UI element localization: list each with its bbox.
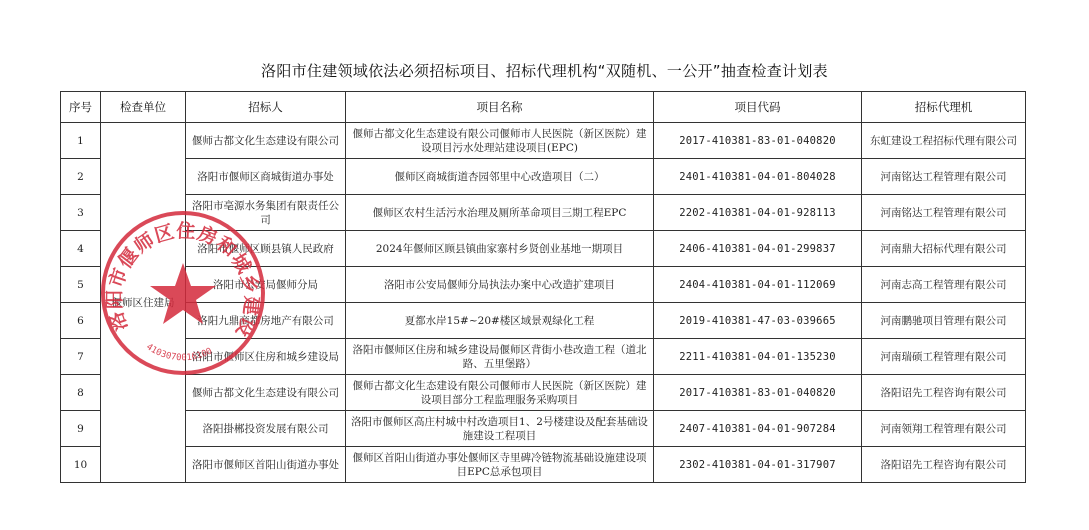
row-tenderer: 洛阳市偃师区商城街道办事处 xyxy=(186,159,346,195)
table-row: 9 洛阳掛郴投资发展有限公司 洛阳市偃师区高庄村城中村改造项目1、2号楼建设及配… xyxy=(61,411,1026,447)
row-no: 10 xyxy=(61,447,101,483)
row-agency: 洛阳诏先工程咨询有限公司 xyxy=(862,447,1026,483)
table-row: 6 洛阳九鼎商都房地产有限公司 夏都水岸15#~20#楼区域景观绿化工程 201… xyxy=(61,303,1026,339)
row-no: 8 xyxy=(61,375,101,411)
row-tenderer: 偃师古都文化生态建设有限公司 xyxy=(186,123,346,159)
row-project: 偃师区农村生活污水治理及厕所革命项目三期工程EPC xyxy=(346,195,654,231)
table-row: 1 偃师区住建局 偃师古都文化生态建设有限公司 偃师古都文化生态建设有限公司偃师… xyxy=(61,123,1026,159)
header-project-code: 项目代码 xyxy=(654,92,862,123)
row-project: 洛阳市偃师区住房和城乡建设局偃师区背街小巷改造工程（道北路、五里堡路） xyxy=(346,339,654,375)
row-agency: 河南领翔工程管理有限公司 xyxy=(862,411,1026,447)
row-code: 2404-410381-04-01-112069 xyxy=(654,267,862,303)
row-tenderer: 洛阳市亳源水务集团有限责任公司 xyxy=(186,195,346,231)
row-code: 2406-410381-04-01-299837 xyxy=(654,231,862,267)
row-no: 2 xyxy=(61,159,101,195)
table-row: 10 洛阳市偃师区首阳山街道办事处 偃师区首阳山街道办事处偃师区寺里碑冷链物流基… xyxy=(61,447,1026,483)
row-tenderer: 洛阳市偃师区首阳山街道办事处 xyxy=(186,447,346,483)
row-agency: 洛阳诏先工程咨询有限公司 xyxy=(862,375,1026,411)
table-header-row: 序号 检查单位 招标人 项目名称 项目代码 招标代理机 xyxy=(61,92,1026,123)
document-title: 洛阳市住建领域依法必须招标项目、招标代理机构“双随机、一公开”抽查检查计划表 xyxy=(0,60,1089,81)
row-agency: 河南志高工程管理有限公司 xyxy=(862,267,1026,303)
row-agency: 河南铭达工程管理有限公司 xyxy=(862,195,1026,231)
table-row: 8 偃师古都文化生态建设有限公司 偃师古都文化生态建设有限公司偃师市人民医院（新… xyxy=(61,375,1026,411)
row-no: 9 xyxy=(61,411,101,447)
row-no: 7 xyxy=(61,339,101,375)
row-no: 1 xyxy=(61,123,101,159)
row-tenderer: 洛阳市偃师区顾县镇人民政府 xyxy=(186,231,346,267)
row-agency: 东虹建设工程招标代理有限公司 xyxy=(862,123,1026,159)
row-code: 2202-410381-04-01-928113 xyxy=(654,195,862,231)
table-row: 2 洛阳市偃师区商城街道办事处 偃师区商城街道杏园邻里中心改造项目（二） 240… xyxy=(61,159,1026,195)
row-agency: 河南鹏驰项目管理有限公司 xyxy=(862,303,1026,339)
row-project: 夏都水岸15#~20#楼区域景观绿化工程 xyxy=(346,303,654,339)
table-row: 7 洛阳市偃师区住房和城乡建设局 洛阳市偃师区住房和城乡建设局偃师区背街小巷改造… xyxy=(61,339,1026,375)
row-no: 4 xyxy=(61,231,101,267)
row-agency: 河南铭达工程管理有限公司 xyxy=(862,159,1026,195)
row-code: 2401-410381-04-01-804028 xyxy=(654,159,862,195)
inspection-plan-table: 序号 检查单位 招标人 项目名称 项目代码 招标代理机 1 偃师区住建局 偃师古… xyxy=(60,91,1026,483)
row-project: 偃师古都文化生态建设有限公司偃师市人民医院（新区医院）建设项目部分工程监理服务采… xyxy=(346,375,654,411)
inspection-unit-cell: 偃师区住建局 xyxy=(101,123,186,483)
row-tenderer: 洛阳九鼎商都房地产有限公司 xyxy=(186,303,346,339)
row-no: 3 xyxy=(61,195,101,231)
header-agency: 招标代理机 xyxy=(862,92,1026,123)
row-no: 5 xyxy=(61,267,101,303)
row-tenderer: 偃师古都文化生态建设有限公司 xyxy=(186,375,346,411)
row-project: 2024年偃师区顾县镇曲家寨村乡贤创业基地一期项目 xyxy=(346,231,654,267)
header-tenderer: 招标人 xyxy=(186,92,346,123)
row-project: 偃师古都文化生态建设有限公司偃师市人民医院（新区医院）建设项目污水处理站建设项目… xyxy=(346,123,654,159)
row-project: 洛阳市公安局偃师分局执法办案中心改造扩建项目 xyxy=(346,267,654,303)
row-code: 2302-410381-04-01-317907 xyxy=(654,447,862,483)
row-tenderer: 洛阳掛郴投资发展有限公司 xyxy=(186,411,346,447)
row-code: 2017-410381-83-01-040820 xyxy=(654,123,862,159)
row-tenderer: 洛阳市偃师区住房和城乡建设局 xyxy=(186,339,346,375)
row-code: 2017-410381-83-01-040820 xyxy=(654,375,862,411)
row-project: 偃师区首阳山街道办事处偃师区寺里碑冷链物流基础设施建设项目EPC总承包项目 xyxy=(346,447,654,483)
row-code: 2211-410381-04-01-135230 xyxy=(654,339,862,375)
table-row: 4 洛阳市偃师区顾县镇人民政府 2024年偃师区顾县镇曲家寨村乡贤创业基地一期项… xyxy=(61,231,1026,267)
header-no: 序号 xyxy=(61,92,101,123)
header-inspection-unit: 检查单位 xyxy=(101,92,186,123)
row-code: 2019-410381-47-03-039665 xyxy=(654,303,862,339)
row-project: 偃师区商城街道杏园邻里中心改造项目（二） xyxy=(346,159,654,195)
table-row: 3 洛阳市亳源水务集团有限责任公司 偃师区农村生活污水治理及厕所革命项目三期工程… xyxy=(61,195,1026,231)
row-project: 洛阳市偃师区高庄村城中村改造项目1、2号楼建设及配套基础设施建设工程项目 xyxy=(346,411,654,447)
row-tenderer: 洛阳市公安局偃师分局 xyxy=(186,267,346,303)
row-code: 2407-410381-04-01-907284 xyxy=(654,411,862,447)
row-agency: 河南瑞硕工程管理有限公司 xyxy=(862,339,1026,375)
row-no: 6 xyxy=(61,303,101,339)
table-row: 5 洛阳市公安局偃师分局 洛阳市公安局偃师分局执法办案中心改造扩建项目 2404… xyxy=(61,267,1026,303)
row-agency: 河南鼎大招标代理有限公司 xyxy=(862,231,1026,267)
header-project-name: 项目名称 xyxy=(346,92,654,123)
